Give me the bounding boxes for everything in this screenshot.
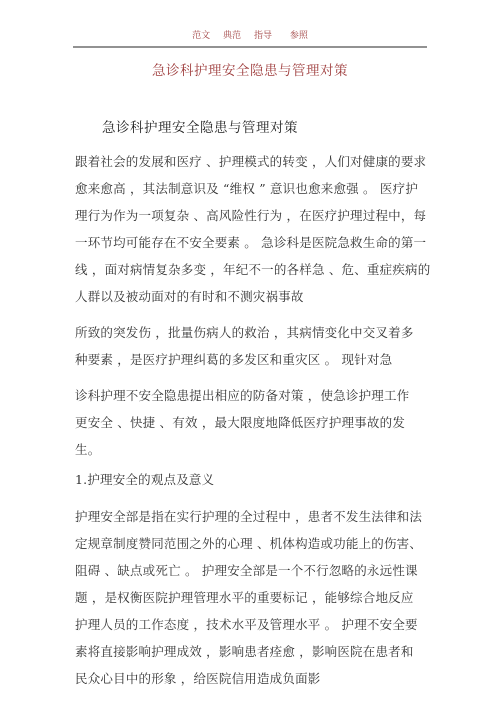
nav-link-canzhao[interactable]: 参照	[290, 31, 308, 42]
top-nav: 范文 典范 指导 参照	[0, 0, 500, 42]
document-page: 范文 典范 指导 参照 急诊科护理安全隐患与管理对策 急诊科护理安全隐患与管理对…	[0, 0, 500, 708]
header-divider	[73, 46, 427, 48]
nav-link-dianfan[interactable]: 典范	[223, 31, 241, 42]
document-body: 跟着社会的发展和医疗 、护理模式的转变 ，人们对健康的要求 愈来愈高 ，其法制意…	[0, 148, 500, 692]
nav-link-zhidao[interactable]: 指导	[254, 31, 272, 42]
document-title: 急诊科护理安全隐患与管理对策	[102, 118, 500, 138]
paragraph-1: 跟着社会的发展和医疗 、护理模式的转变 ，人们对健康的要求 愈来愈高 ，其法制意…	[75, 148, 435, 310]
nav-link-fanwen[interactable]: 范文	[192, 31, 210, 42]
paragraph-3: 诊科护理不安全隐患提出相应的防备对策 ，使急诊护理工作 更安全 、快捷 、有效 …	[75, 382, 435, 463]
paragraph-2: 所致的突发伤 ，批量伤病人的救治 ，其病情变化中交叉着多 种要素 ，是医疗护理纠…	[75, 319, 435, 373]
page-title: 急诊科护理安全隐患与管理对策	[0, 61, 500, 81]
section-heading: 1.护理安全的观点及意义	[75, 466, 435, 493]
paragraph-4: 护理安全部是指在实行护理的全过程中 ，患者不发生法律和法 定规章制度赞同范围之外…	[75, 503, 435, 692]
